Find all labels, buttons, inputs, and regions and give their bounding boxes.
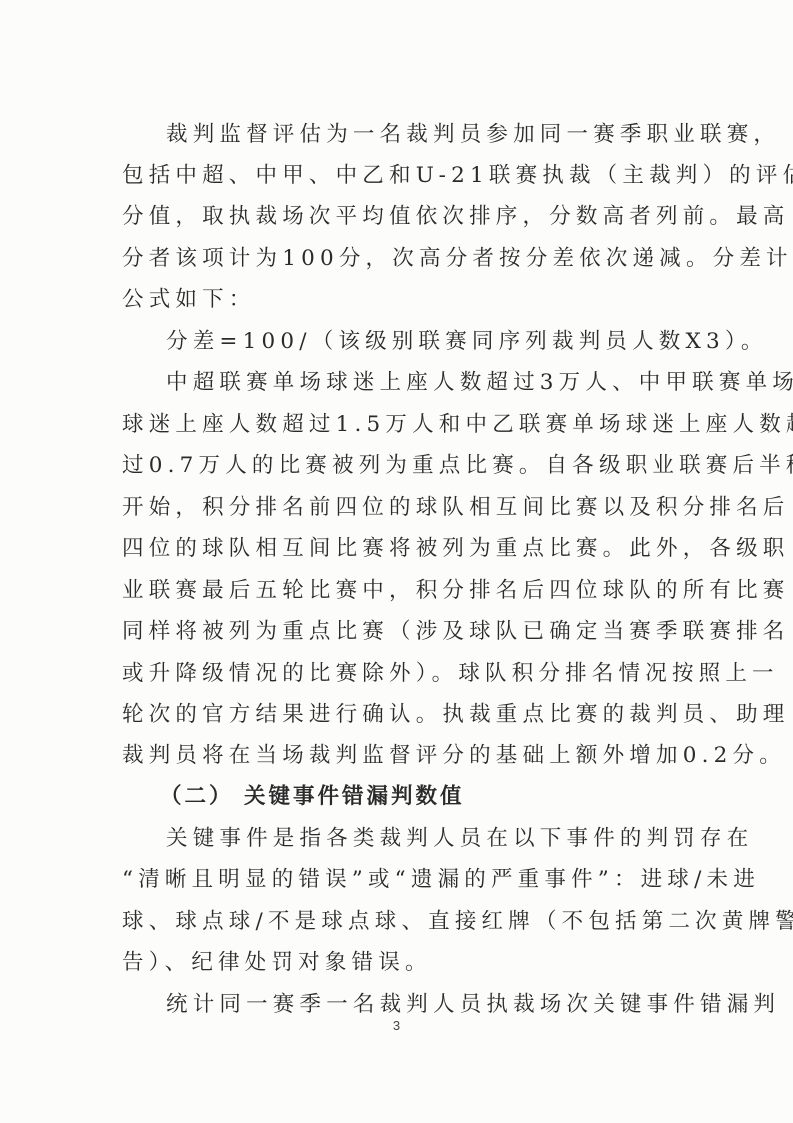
paragraph-line: 公式如下： [122, 284, 674, 316]
paragraph-line: 裁判监督评估为一名裁判员参加同一赛季职业联赛， [166, 119, 674, 151]
paragraph-line: 告）、纪律处罚对象错误。 [122, 947, 674, 979]
document-page: 裁判监督评估为一名裁判员参加同一赛季职业联赛， 包括中超、中甲、中乙和U-21联… [0, 0, 793, 1123]
paragraph-line: 球、球点球/不是球点球、直接红牌（不包括第二次黄牌警 [122, 906, 674, 938]
paragraph-line: 四位的球队相互间比赛将被列为重点比赛。此外，各级职 [122, 533, 674, 565]
paragraph-line: 分值，取执裁场次平均值依次排序，分数高者列前。最高 [122, 201, 674, 233]
paragraph-line: 包括中超、中甲、中乙和U-21联赛执裁（主裁判）的评估 [122, 160, 674, 192]
paragraph-line: 统计同一赛季一名裁判人员执裁场次关键事件错漏判 [166, 989, 674, 1021]
paragraph-line: 中超联赛单场球迷上座人数超过3万人、中甲联赛单场 [166, 367, 674, 399]
paragraph-line: 开始，积分排名前四位的球队相互间比赛以及积分排名后 [122, 492, 674, 524]
paragraph-line: 过0.7万人的比赛被列为重点比赛。自各级职业联赛后半程 [122, 450, 674, 482]
paragraph-line: 关键事件是指各类裁判人员在以下事件的判罚存在 [166, 823, 674, 855]
paragraph-line: 分者该项计为100分，次高分者按分差依次递减。分差计算 [122, 243, 674, 275]
paragraph-line: 轮次的官方结果进行确认。执裁重点比赛的裁判员、助理 [122, 699, 674, 731]
paragraph-line: 业联赛最后五轮比赛中，积分排名后四位球队的所有比赛 [122, 575, 674, 607]
paragraph-line: 裁判员将在当场裁判监督评分的基础上额外增加0.2分。 [122, 740, 674, 772]
paragraph-line: 或升降级情况的比赛除外）。球队积分排名情况按照上一 [122, 658, 674, 690]
paragraph-line: “清晰且明显的错误”或“遗漏的严重事件”：进球/未进 [122, 864, 674, 896]
section-heading: （二） 关键事件错漏判数值 [160, 781, 668, 813]
paragraph-line: 同样将被列为重点比赛（涉及球队已确定当赛季联赛排名 [122, 616, 674, 648]
formula-line: 分差=100/（该级别联赛同序列裁判员人数X3）。 [166, 326, 674, 358]
page-number: 3 [0, 1018, 793, 1033]
paragraph-line: 球迷上座人数超过1.5万人和中乙联赛单场球迷上座人数超 [122, 409, 674, 441]
